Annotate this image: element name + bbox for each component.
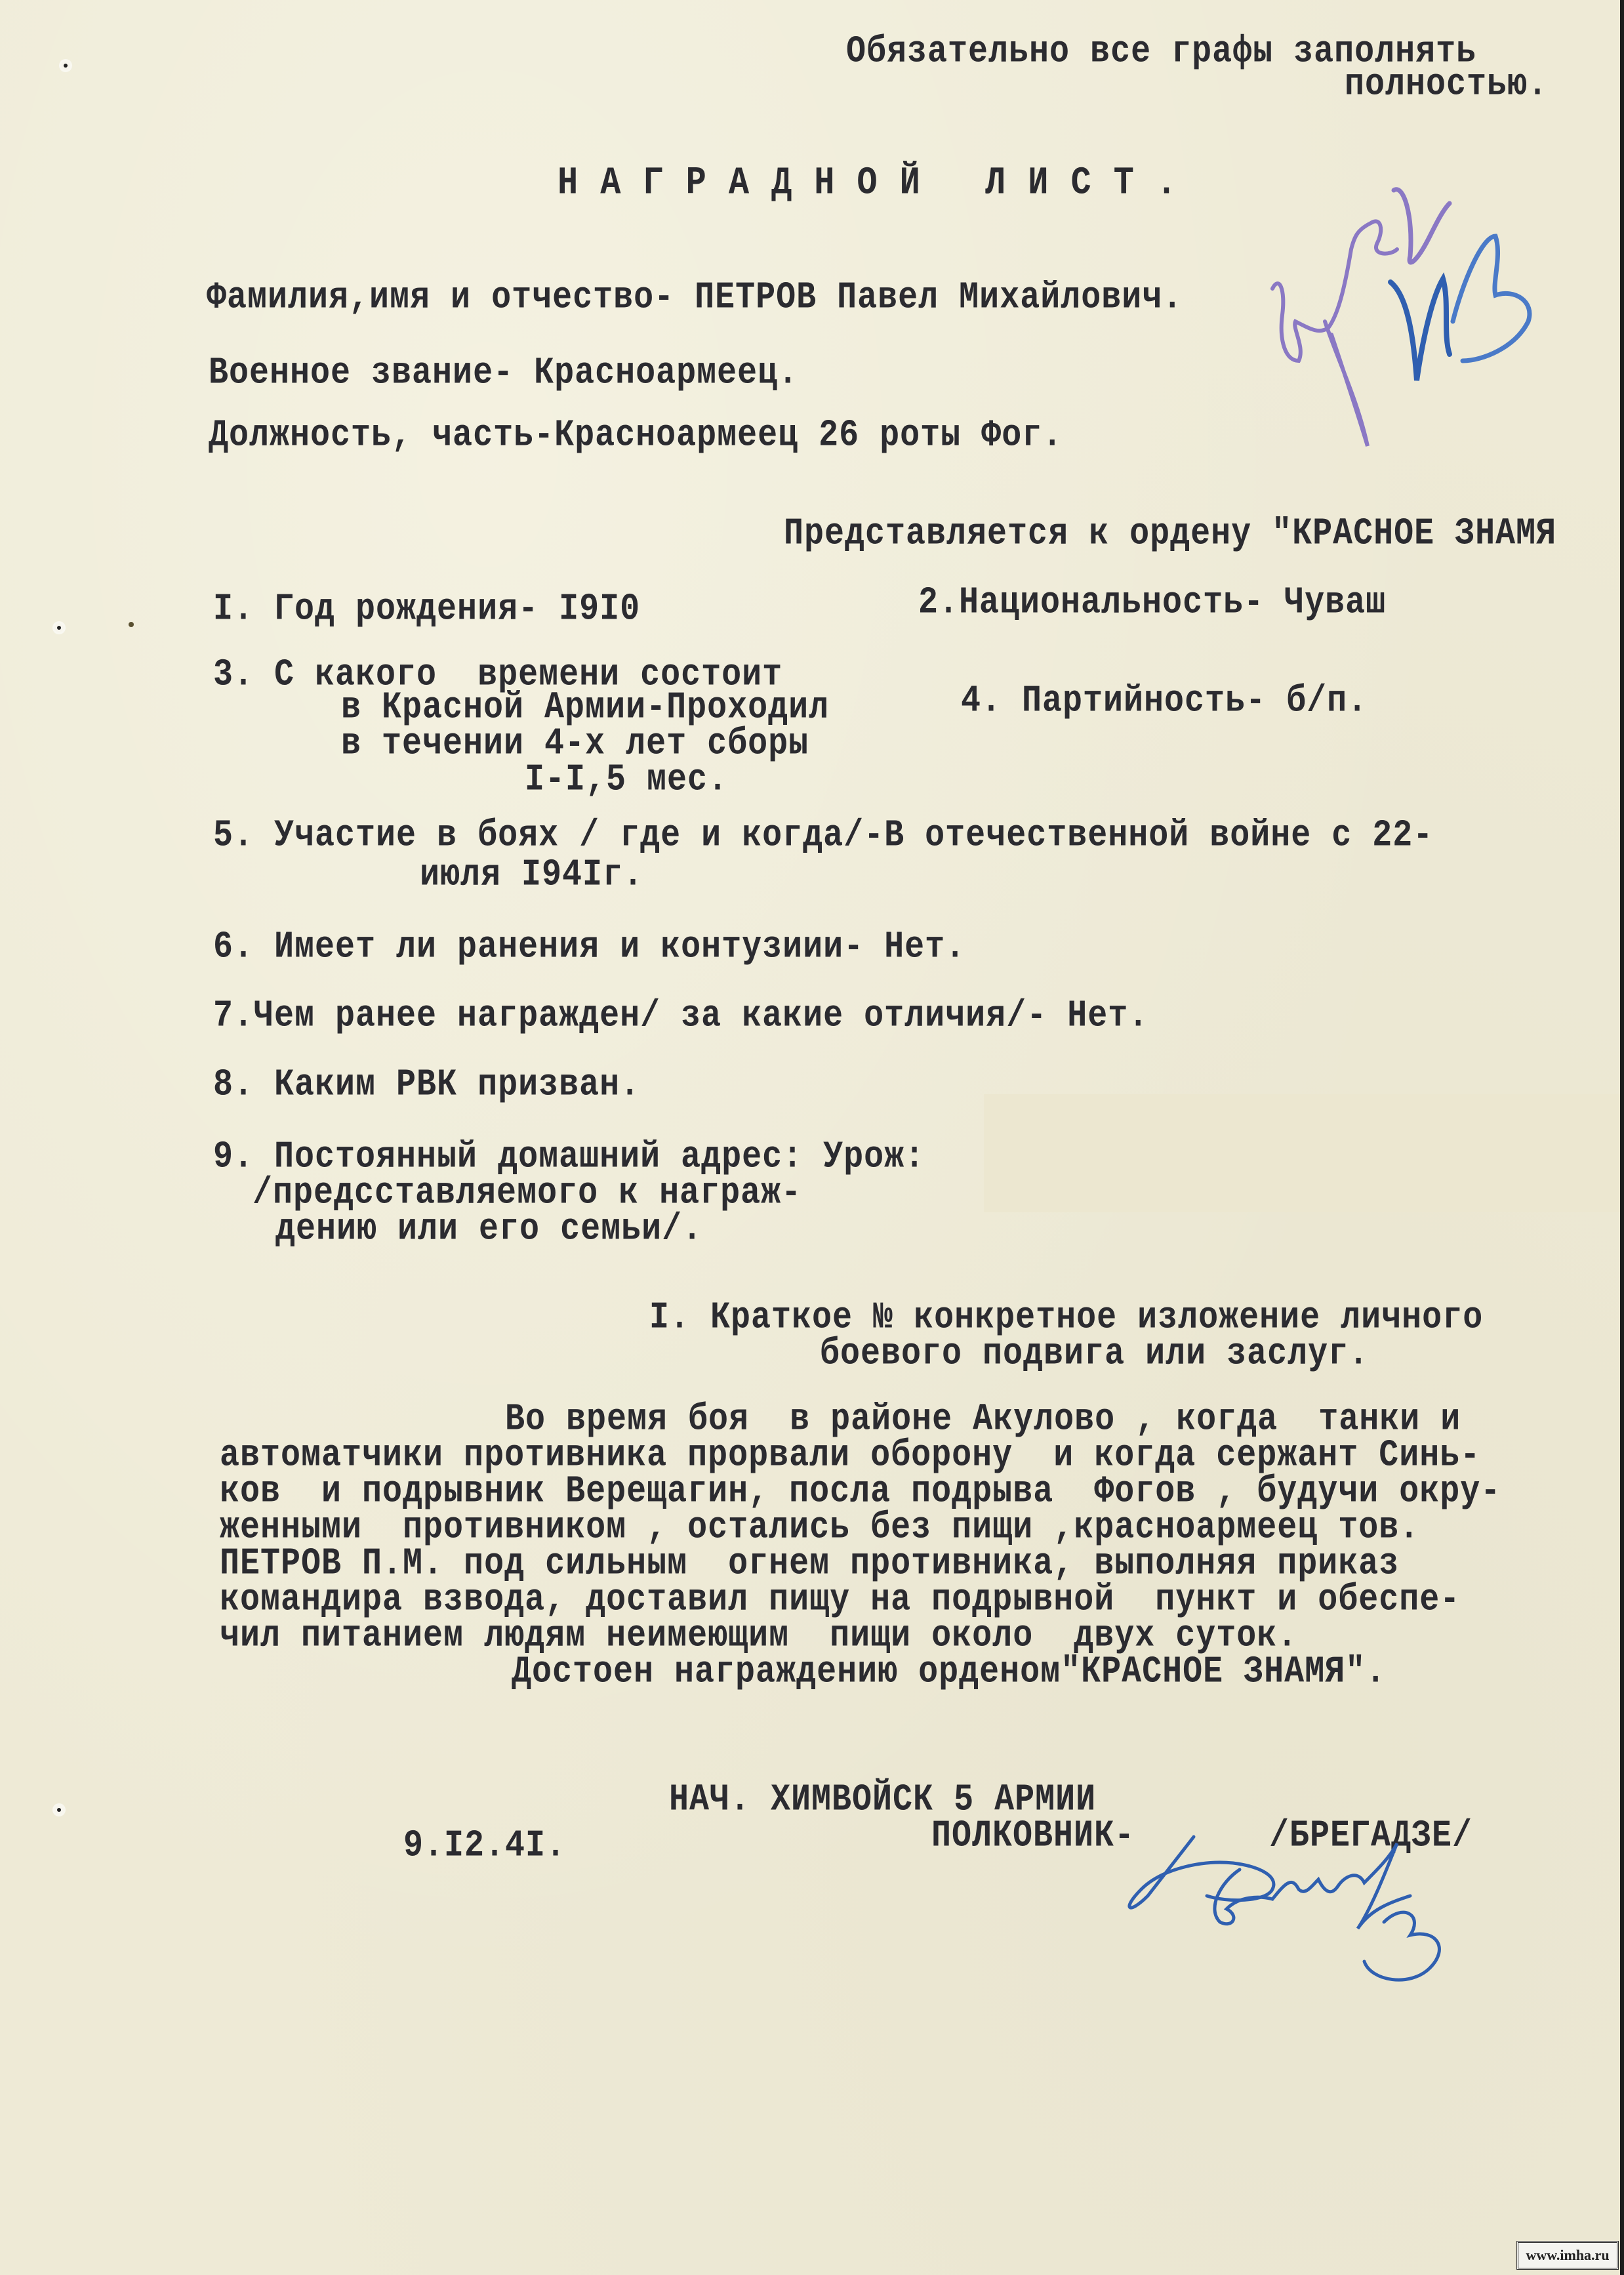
field-conscription-office: 8. Каким РВК призван. — [213, 1063, 640, 1108]
narrative-line: Достоен награждению орденом"КРАСНОЕ ЗНАМ… — [512, 1650, 1386, 1695]
punch-hole-icon — [61, 61, 70, 70]
field-party-membership: 4. Партийность- б/п. — [961, 679, 1368, 724]
award-nomination-line: Представляется к ордену "КРАСНОЕ ЗНАМЯ — [784, 512, 1556, 557]
section-heading-line2: боевого подвига или заслуг. — [820, 1332, 1369, 1377]
position-unit-line: Должность, часть-Красноармеец 26 роты Фо… — [209, 413, 1063, 459]
full-name-line: Фамилия,имя и отчество- ПЕТРОВ Павел Мих… — [207, 276, 1183, 321]
watermark: www.imha.ru — [1516, 2241, 1619, 2270]
punch-hole-icon — [54, 623, 64, 632]
field-home-address-line3: дению или его семьи/. — [275, 1207, 702, 1252]
field-birth-year: I. Год рождения- I9I0 — [213, 587, 640, 632]
page-title: НАГРАДНОЙ ЛИСТ. — [558, 161, 1199, 206]
resolution-signature-icon — [1233, 164, 1535, 459]
commander-signature-icon — [1108, 1830, 1581, 2027]
field-previous-awards: 7.Чем ранее награжден/ за какие отличия/… — [213, 994, 1148, 1039]
document-date: 9.I2.4I. — [403, 1824, 566, 1869]
field-combat-participation-line2: июля I94Iг. — [420, 853, 643, 898]
military-rank-line: Военное звание- Красноармеец. — [209, 351, 798, 396]
award-sheet-page: Обязательно все графы заполнять полность… — [0, 0, 1624, 2275]
field-service-since-line4: I-I,5 мес. — [525, 758, 728, 803]
ink-spot-icon — [129, 622, 134, 627]
field-combat-participation-line1: 5. Участие в боях / где и когда/-В отече… — [213, 813, 1433, 859]
punch-hole-icon — [54, 1805, 64, 1814]
header-note-line2: полностью. — [1345, 62, 1548, 108]
redacted-address-area — [984, 1094, 1624, 1212]
field-wounds: 6. Имеет ли ранения и контузиии- Нет. — [213, 925, 965, 970]
scan-edge — [1620, 0, 1624, 2275]
signatory-position-line2: ПОЛКОВНИК- — [931, 1814, 1135, 1859]
field-nationality: 2.Национальность- Чуваш — [918, 581, 1386, 626]
